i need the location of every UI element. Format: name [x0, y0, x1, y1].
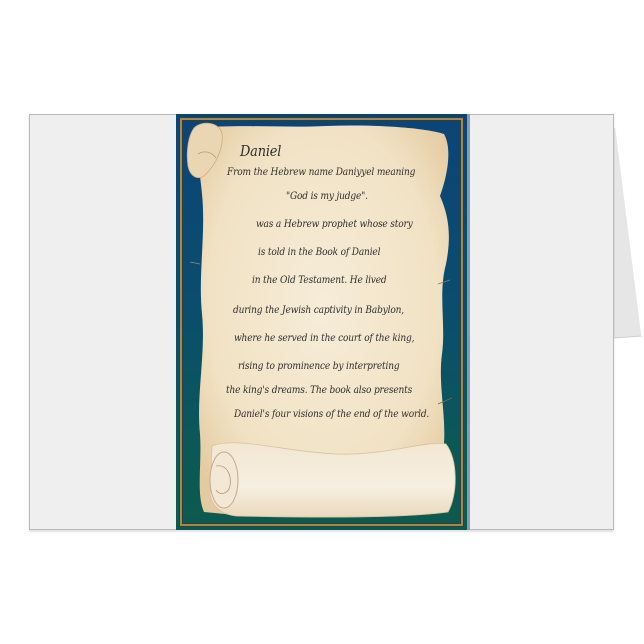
scroll-line: during the Jewish captivity in Babylon,	[233, 304, 404, 316]
scroll-line: From the Hebrew name Daniyyel meaning	[227, 166, 415, 178]
scroll-line: where he served in the court of the king…	[234, 332, 414, 344]
scroll-line: rising to prominence by interpreting	[238, 360, 399, 372]
scroll-line: "God is my judge".	[286, 190, 368, 202]
scroll-title: Daniel	[240, 142, 281, 160]
scroll-line: in the Old Testament. He lived	[252, 274, 387, 286]
scroll-text: Daniel From the Hebrew name Daniyyel mea…	[176, 114, 467, 530]
scroll-line: the king's dreams. The book also present…	[226, 384, 412, 396]
art-edge	[467, 114, 470, 530]
scroll-line: is told in the Book of Daniel	[258, 246, 380, 258]
card-back-flap	[614, 128, 644, 340]
scroll-line: Daniel's four visions of the end of the …	[234, 408, 429, 420]
scroll-line: was a Hebrew prophet whose story	[256, 218, 413, 230]
card-front-artwork: Daniel From the Hebrew name Daniyyel mea…	[176, 114, 467, 530]
